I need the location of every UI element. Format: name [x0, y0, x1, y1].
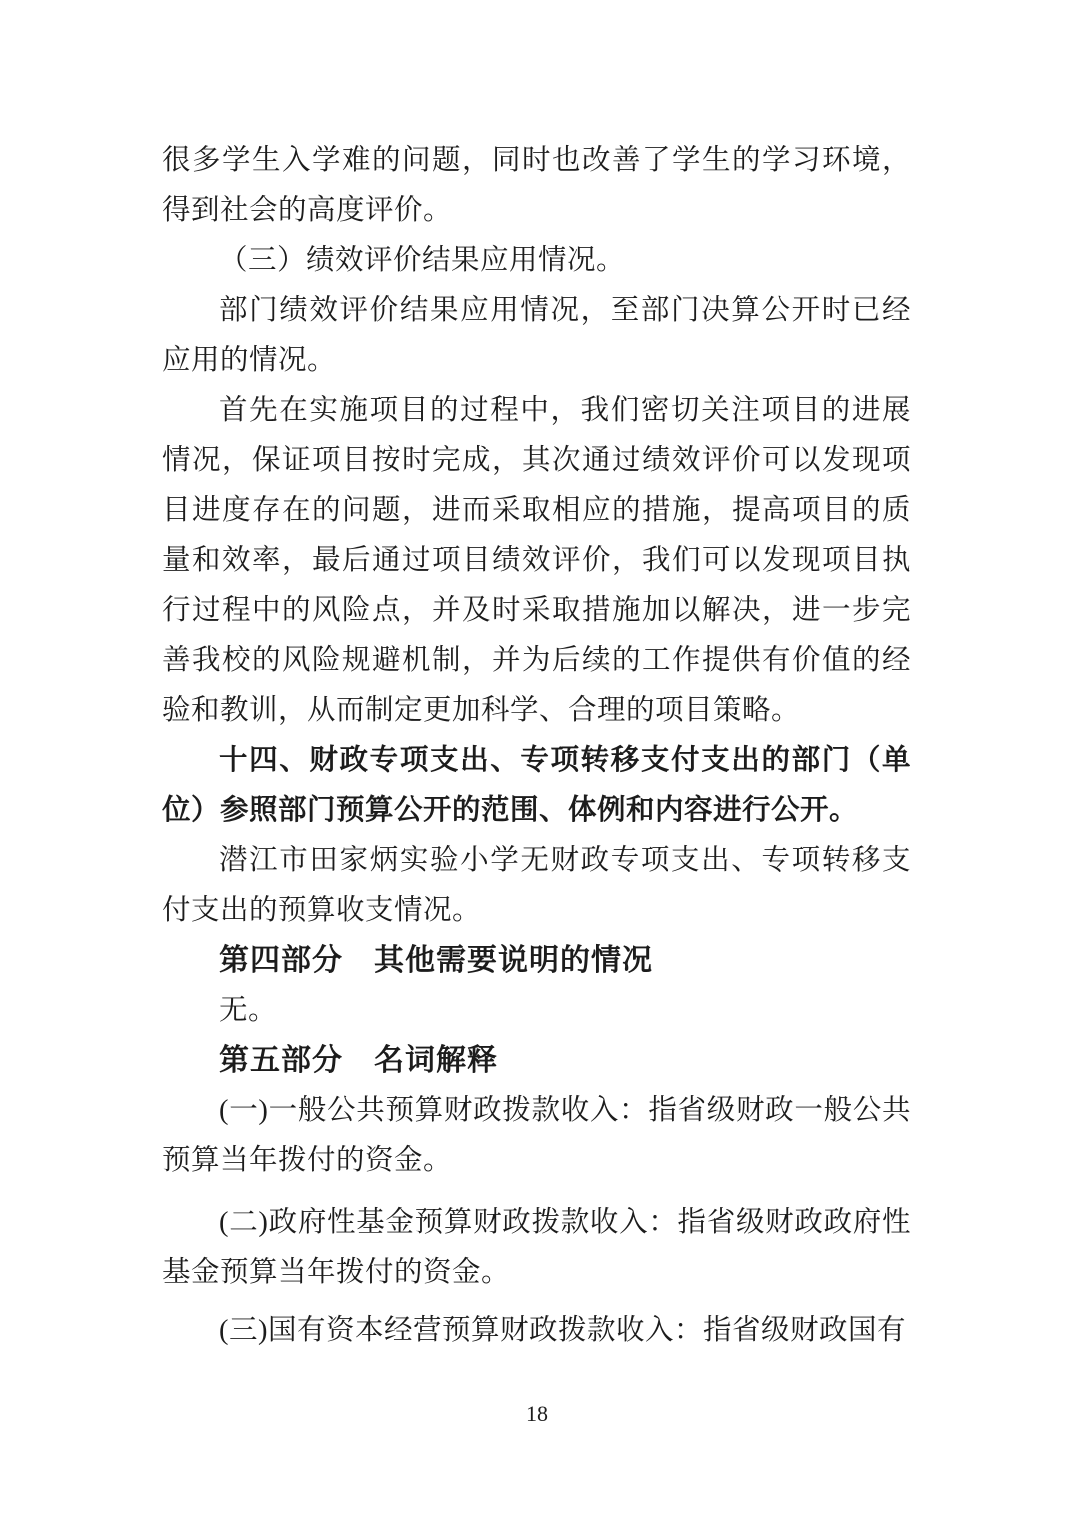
document-page: 很多学生入学难的问题，同时也改善了学生的学习环境，得到社会的高度评价。 （三）绩… [0, 0, 1074, 1520]
paragraph: 首先在实施项目的过程中，我们密切关注项目的进展情况，保证项目按时完成，其次通过绩… [162, 386, 911, 736]
paragraph: 部门绩效评价结果应用情况，至部门决算公开时已经应用的情况。 [162, 286, 911, 386]
paragraph-bold-item-14: 十四、财政专项支出、专项转移支付支出的部门（单位）参照部门预算公开的范围、体例和… [162, 736, 911, 836]
section-heading-part-5: 第五部分 名词解释 [162, 1036, 911, 1086]
paragraph-term-2: (二)政府性基金预算财政拨款收入：指省级财政政府性基金预算当年拨付的资金。 [162, 1198, 911, 1298]
document-body: 很多学生入学难的问题，同时也改善了学生的学习环境，得到社会的高度评价。 （三）绩… [162, 136, 911, 1356]
page-number: 18 [0, 1400, 1074, 1428]
paragraph-none: 无。 [162, 986, 911, 1036]
paragraph: 潜江市田家炳实验小学无财政专项支出、专项转移支付支出的预算收支情况。 [162, 836, 911, 936]
paragraph-term-3: (三)国有资本经营预算财政拨款收入：指省级财政国有 [162, 1306, 911, 1356]
paragraph-continuation: 很多学生入学难的问题，同时也改善了学生的学习环境，得到社会的高度评价。 [162, 136, 911, 236]
paragraph-subheading-3: （三）绩效评价结果应用情况。 [162, 236, 911, 286]
paragraph-term-1: (一)一般公共预算财政拨款收入：指省级财政一般公共预算当年拨付的资金。 [162, 1086, 911, 1186]
section-heading-part-4: 第四部分 其他需要说明的情况 [162, 936, 911, 986]
